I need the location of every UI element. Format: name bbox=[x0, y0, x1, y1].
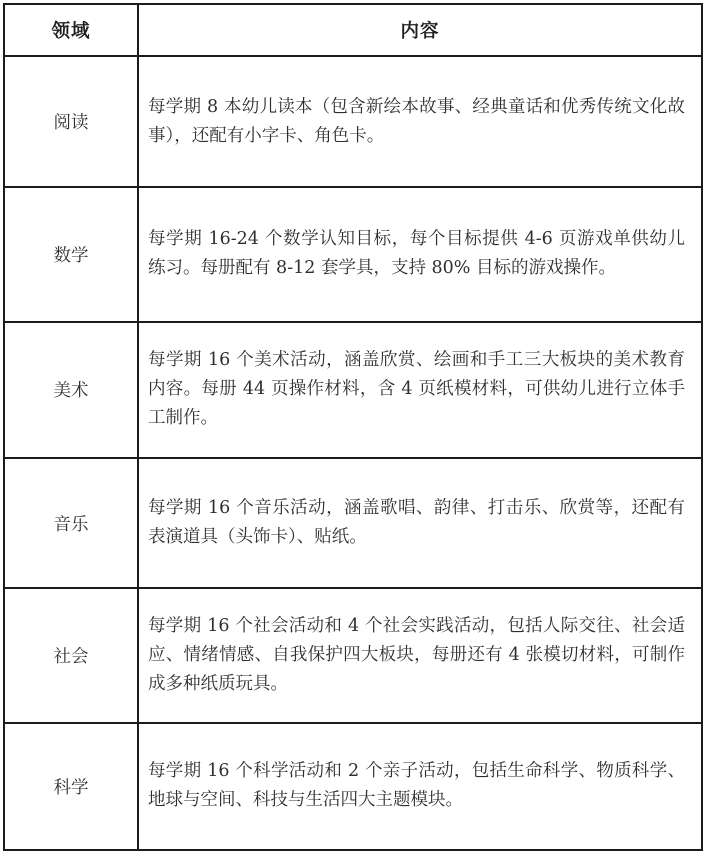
table-row-art: 美术 每学期 16 个美术活动，涵盖欣赏、绘画和手工三大板块的美术教育内容。每册… bbox=[4, 322, 702, 458]
field-cell-science: 科学 bbox=[4, 723, 138, 850]
content-cell-reading: 每学期 8 本幼儿读本（包含新绘本故事、经典童话和优秀传统文化故事），还配有小字… bbox=[138, 56, 702, 187]
field-cell-art: 美术 bbox=[4, 322, 138, 458]
content-cell-social: 每学期 16 个社会活动和 4 个社会实践活动，包括人际交往、社会适应、情绪情感… bbox=[138, 588, 702, 722]
field-cell-social: 社会 bbox=[4, 588, 138, 722]
table-row-science: 科学 每学期 16 个科学活动和 2 个亲子活动，包括生命科学、物质科学、地球与… bbox=[4, 723, 702, 850]
field-cell-math: 数学 bbox=[4, 187, 138, 321]
content-cell-music: 每学期 16 个音乐活动，涵盖歌唱、韵律、打击乐、欣赏等，还配有表演道具（头饰卡… bbox=[138, 458, 702, 588]
content-cell-science: 每学期 16 个科学活动和 2 个亲子活动，包括生命科学、物质科学、地球与空间、… bbox=[138, 723, 702, 850]
table-row-math: 数学 每学期 16-24 个数学认知目标，每个目标提供 4-6 页游戏单供幼儿练… bbox=[4, 187, 702, 321]
table-row-social: 社会 每学期 16 个社会活动和 4 个社会实践活动，包括人际交往、社会适应、情… bbox=[4, 588, 702, 722]
field-cell-music: 音乐 bbox=[4, 458, 138, 588]
content-cell-math: 每学期 16-24 个数学认知目标，每个目标提供 4-6 页游戏单供幼儿练习。每… bbox=[138, 187, 702, 321]
curriculum-table: 领域 内容 阅读 每学期 8 本幼儿读本（包含新绘本故事、经典童话和优秀传统文化… bbox=[3, 3, 703, 851]
table-header-row: 领域 内容 bbox=[4, 4, 702, 56]
table-row-music: 音乐 每学期 16 个音乐活动，涵盖歌唱、韵律、打击乐、欣赏等，还配有表演道具（… bbox=[4, 458, 702, 588]
field-column-header: 领域 bbox=[4, 4, 138, 56]
content-cell-art: 每学期 16 个美术活动，涵盖欣赏、绘画和手工三大板块的美术教育内容。每册 44… bbox=[138, 322, 702, 458]
field-cell-reading: 阅读 bbox=[4, 56, 138, 187]
table-row-reading: 阅读 每学期 8 本幼儿读本（包含新绘本故事、经典童话和优秀传统文化故事），还配… bbox=[4, 56, 702, 187]
content-column-header: 内容 bbox=[138, 4, 702, 56]
